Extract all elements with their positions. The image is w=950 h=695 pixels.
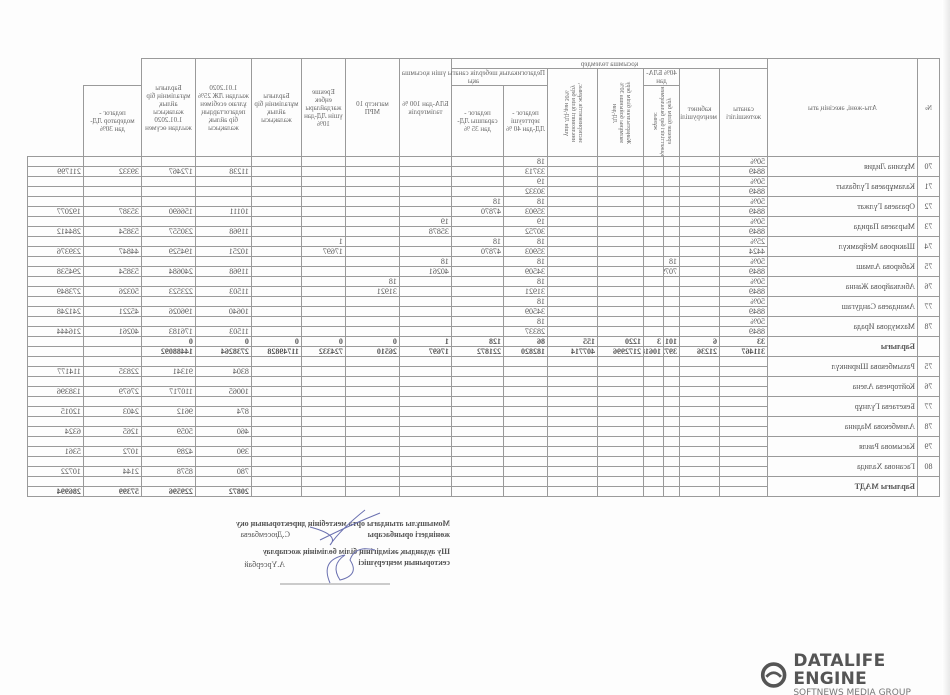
table-cell bbox=[301, 307, 345, 317]
table-cell: 17697 bbox=[399, 347, 451, 357]
table-cell bbox=[504, 397, 548, 407]
table-cell: 5361 bbox=[27, 447, 83, 457]
table-cell: 172467 bbox=[141, 167, 195, 177]
table-cell: 2144 bbox=[83, 467, 141, 477]
table-cell bbox=[195, 357, 251, 367]
table-cell: 241248 bbox=[27, 307, 83, 317]
table-cell: 4289 bbox=[141, 447, 195, 457]
table-cell bbox=[399, 367, 451, 377]
table-cell bbox=[195, 297, 251, 307]
table-cell bbox=[195, 477, 251, 487]
table-cell bbox=[451, 277, 503, 287]
salary-table: № Аты-жөні, әкесінің аты қосымша төлемде… bbox=[27, 58, 940, 497]
table-cell bbox=[301, 287, 345, 297]
table-body: 70Мұхина Лидия50%18884933713112381724673… bbox=[27, 157, 939, 497]
table-row: 79Касымова Раиля bbox=[27, 437, 939, 447]
table-cell bbox=[83, 357, 141, 367]
table-cell bbox=[451, 217, 503, 227]
table-cell: 182820 bbox=[504, 347, 548, 357]
table-cell bbox=[548, 307, 598, 317]
table-cell: 1220 bbox=[598, 337, 644, 347]
row-index: 76 bbox=[918, 377, 940, 397]
teacher-name: Койторчева Алена bbox=[768, 377, 918, 397]
table-cell bbox=[251, 397, 301, 407]
table-cell: 33 bbox=[720, 337, 768, 347]
table-cell bbox=[451, 317, 503, 327]
table-cell bbox=[451, 257, 503, 267]
table-cell bbox=[664, 327, 680, 337]
table-cell bbox=[27, 337, 83, 347]
scan-edge bbox=[942, 0, 950, 695]
table-cell bbox=[680, 217, 720, 227]
table-cell: 9612 bbox=[141, 407, 195, 417]
table-cell bbox=[451, 417, 503, 427]
table-cell bbox=[680, 317, 720, 327]
table-cell bbox=[251, 467, 301, 477]
table-cell: 11749828 bbox=[251, 347, 301, 357]
header-name: Аты-жөні, әкесінің аты bbox=[768, 59, 918, 157]
table-cell: 294538 bbox=[27, 267, 83, 277]
table-cell: 50% bbox=[720, 317, 768, 327]
row-index bbox=[918, 477, 940, 497]
table-cell bbox=[195, 317, 251, 327]
table-cell: 27679 bbox=[83, 387, 141, 397]
table-cell bbox=[664, 357, 680, 367]
table-cell bbox=[504, 467, 548, 477]
table-cell bbox=[548, 437, 598, 447]
table-cell bbox=[644, 227, 664, 237]
table-cell bbox=[644, 217, 664, 227]
table-cell bbox=[195, 177, 251, 187]
table-cell bbox=[680, 367, 720, 377]
table-cell bbox=[451, 287, 503, 297]
table-cell: 11238 bbox=[195, 167, 251, 177]
table-cell: 25% bbox=[720, 237, 768, 247]
table-cell: 20872 bbox=[195, 487, 251, 497]
table-cell bbox=[720, 467, 768, 477]
table-cell: 192077 bbox=[27, 207, 83, 217]
table-cell bbox=[680, 197, 720, 207]
table-cell bbox=[598, 257, 644, 267]
table-cell: 28337 bbox=[504, 327, 548, 337]
table-cell bbox=[345, 417, 399, 427]
table-cell bbox=[598, 207, 644, 217]
table-cell bbox=[195, 277, 251, 287]
table-cell bbox=[399, 487, 451, 497]
table-cell: 50% bbox=[720, 197, 768, 207]
table-cell bbox=[195, 257, 251, 267]
table-cell bbox=[548, 217, 598, 227]
datalife-watermark: DATALIFE ENGINE SOFTNEWS MEDIA GROUP bbox=[760, 652, 950, 695]
teacher-name: Абилкайрова Жанна bbox=[768, 277, 918, 297]
table-cell: 12015 bbox=[27, 407, 83, 417]
table-cell bbox=[598, 287, 644, 297]
table-cell bbox=[83, 347, 141, 357]
table-cell: 223523 bbox=[141, 287, 195, 297]
table-cell bbox=[345, 167, 399, 177]
header-bla40: 40% БЛА-дан bbox=[644, 69, 680, 86]
table-cell: 11503 bbox=[195, 327, 251, 337]
table-cell bbox=[141, 317, 195, 327]
table-cell: 114177 bbox=[27, 367, 83, 377]
teacher-name: Алимбекова Мадина bbox=[768, 417, 918, 437]
row-index: 75 bbox=[918, 357, 940, 377]
watermark-brand: DATALIFE ENGINE bbox=[793, 652, 950, 688]
table-cell: 18 bbox=[504, 277, 548, 287]
header-master: магистр 10 МРП bbox=[345, 59, 399, 157]
table-cell bbox=[680, 307, 720, 317]
teacher-name: Мырзаева Парида bbox=[768, 217, 918, 237]
table-cell bbox=[720, 407, 768, 417]
table-cell bbox=[598, 157, 644, 167]
table-cell bbox=[301, 267, 345, 277]
table-cell bbox=[301, 197, 345, 207]
table-cell bbox=[451, 177, 503, 187]
table-cell: 50326 bbox=[83, 287, 141, 297]
table-cell bbox=[301, 367, 345, 377]
row-index bbox=[918, 337, 940, 357]
table-cell: 1 bbox=[399, 337, 451, 347]
table-cell bbox=[141, 177, 195, 187]
table-cell bbox=[680, 287, 720, 297]
table-cell bbox=[644, 397, 664, 407]
table-cell: 8578 bbox=[141, 467, 195, 477]
table-cell: 6324 bbox=[27, 427, 83, 437]
table-cell bbox=[301, 257, 345, 267]
table-cell bbox=[345, 317, 399, 327]
table-cell bbox=[451, 327, 503, 337]
table-cell bbox=[451, 167, 503, 177]
teacher-name: Кабирова Алмаш bbox=[768, 257, 918, 277]
table-cell bbox=[680, 157, 720, 167]
table-cell bbox=[598, 267, 644, 277]
table-cell bbox=[27, 187, 83, 197]
table-cell bbox=[548, 197, 598, 207]
table-cell bbox=[251, 217, 301, 227]
table-cell: 91341 bbox=[141, 367, 195, 377]
table-cell bbox=[504, 367, 548, 377]
table-cell bbox=[27, 477, 83, 487]
table-cell bbox=[451, 487, 503, 497]
table-cell bbox=[680, 267, 720, 277]
table-cell bbox=[644, 287, 664, 297]
table-cell bbox=[251, 197, 301, 207]
table-cell bbox=[251, 407, 301, 417]
table-cell bbox=[664, 447, 680, 457]
table-cell: 47870 bbox=[451, 207, 503, 217]
teacher-name: Оразаева Гүлжат bbox=[768, 197, 918, 217]
table-cell bbox=[451, 397, 503, 407]
subtotal-label: Барлығы bbox=[768, 337, 918, 357]
table-cell bbox=[399, 477, 451, 487]
table-cell bbox=[664, 367, 680, 377]
table-cell: 50% bbox=[720, 217, 768, 227]
table-cell bbox=[548, 427, 598, 437]
table-cell bbox=[251, 207, 301, 217]
row-index: 78 bbox=[918, 317, 940, 337]
table-cell: 34509 bbox=[504, 267, 548, 277]
table-cell: 11503 bbox=[195, 287, 251, 297]
table-cell: 35387 bbox=[83, 207, 141, 217]
table-cell: 18 bbox=[399, 257, 451, 267]
table-cell: 101 bbox=[664, 337, 680, 347]
header-index: № bbox=[918, 59, 940, 157]
table-cell bbox=[301, 427, 345, 437]
table-cell bbox=[680, 427, 720, 437]
table-cell bbox=[504, 447, 548, 457]
table-cell bbox=[251, 327, 301, 337]
table-cell bbox=[680, 227, 720, 237]
table-cell: 35903 bbox=[504, 247, 548, 257]
table-cell bbox=[251, 167, 301, 177]
table-cell bbox=[345, 297, 399, 307]
table-cell bbox=[83, 317, 141, 327]
table-cell: 230557 bbox=[141, 227, 195, 237]
table-cell bbox=[598, 247, 644, 257]
table-cell bbox=[27, 237, 83, 247]
table-cell: 50% bbox=[720, 297, 768, 307]
table-cell: 40261 bbox=[83, 327, 141, 337]
table-cell bbox=[83, 297, 141, 307]
table-cell bbox=[680, 297, 720, 307]
table-cell: 31921 bbox=[504, 287, 548, 297]
table-cell: 10722 bbox=[27, 467, 83, 477]
table-cell: 39332 bbox=[83, 167, 141, 177]
table-cell bbox=[301, 167, 345, 177]
table-cell bbox=[195, 397, 251, 407]
table-cell: 11968 bbox=[195, 227, 251, 237]
table-cell bbox=[644, 247, 664, 257]
table-cell bbox=[451, 387, 503, 397]
teacher-name: Махмудова Ирада bbox=[768, 317, 918, 337]
table-cell: 10065 bbox=[195, 387, 251, 397]
table-cell bbox=[27, 277, 83, 287]
table-cell bbox=[27, 437, 83, 447]
table-cell bbox=[141, 277, 195, 287]
table-cell: 18 bbox=[504, 257, 548, 267]
teacher-name: Шакирова Мейрамкүл bbox=[768, 237, 918, 257]
table-cell bbox=[27, 317, 83, 327]
table-cell: 53854 bbox=[83, 267, 141, 277]
table-row: 72Оразаева Гүлжат50%1818 bbox=[27, 197, 939, 207]
table-cell: 8849 bbox=[720, 267, 768, 277]
table-cell bbox=[680, 387, 720, 397]
table-cell: 26510 bbox=[345, 347, 399, 357]
table-cell bbox=[451, 187, 503, 197]
table-cell bbox=[251, 307, 301, 317]
table-cell: 3 bbox=[644, 337, 664, 347]
table-cell: 10251 bbox=[195, 247, 251, 257]
table-cell bbox=[451, 367, 503, 377]
table-cell bbox=[345, 367, 399, 377]
table-cell: 44847 bbox=[83, 247, 141, 257]
signer-2: А.Үрсербай bbox=[244, 560, 285, 569]
table-cell bbox=[664, 397, 680, 407]
table-cell: 17697 bbox=[301, 247, 345, 257]
table-cell bbox=[644, 267, 664, 277]
table-cell: 8849 bbox=[720, 227, 768, 237]
table-cell: 780 bbox=[195, 467, 251, 477]
table-cell bbox=[680, 207, 720, 217]
table-cell bbox=[598, 197, 644, 207]
table-cell: 18 bbox=[504, 197, 548, 207]
table-cell bbox=[451, 307, 503, 317]
table-cell bbox=[399, 427, 451, 437]
table-cell bbox=[345, 427, 399, 437]
table-cell bbox=[680, 327, 720, 337]
table-cell: 19 bbox=[504, 177, 548, 187]
table-cell bbox=[345, 187, 399, 197]
table-cell bbox=[644, 327, 664, 337]
table-cell bbox=[345, 437, 399, 447]
table-cell bbox=[548, 157, 598, 167]
teacher-name: Барлығы МАДТ bbox=[768, 477, 918, 497]
table-cell bbox=[664, 277, 680, 287]
table-cell bbox=[399, 167, 451, 177]
table-cell bbox=[83, 237, 141, 247]
table-cell: 2738264 bbox=[195, 347, 251, 357]
table-cell bbox=[27, 197, 83, 207]
table-row: 75Кабирова Алмаш50%181818 bbox=[27, 257, 939, 267]
table-cell: 14488092 bbox=[141, 347, 195, 357]
table-cell bbox=[27, 217, 83, 227]
table-cell bbox=[504, 477, 548, 487]
table-cell: 47870 bbox=[451, 247, 503, 257]
table-cell: 0 bbox=[141, 337, 195, 347]
row-index: 71 bbox=[918, 177, 940, 197]
table-cell bbox=[644, 307, 664, 317]
table-cell bbox=[504, 437, 548, 447]
table-cell bbox=[141, 397, 195, 407]
table-cell bbox=[141, 417, 195, 427]
table-cell bbox=[399, 387, 451, 397]
table-cell bbox=[301, 327, 345, 337]
table-cell bbox=[598, 467, 644, 477]
teacher-name: Касымова Раиля bbox=[768, 437, 918, 457]
header-inc25: 1.01.2020 жылдан ЛЖ 25% ұлғаю есебімен п… bbox=[195, 59, 251, 157]
table-cell: 156690 bbox=[141, 207, 195, 217]
table-cell bbox=[598, 487, 644, 497]
table-cell bbox=[720, 437, 768, 447]
table-cell bbox=[251, 367, 301, 377]
table-cell bbox=[451, 427, 503, 437]
table-cell bbox=[720, 447, 768, 457]
table-cell bbox=[251, 457, 301, 467]
table-cell bbox=[251, 437, 301, 447]
table-cell bbox=[720, 477, 768, 487]
table-cell bbox=[345, 257, 399, 267]
table-cell bbox=[504, 417, 548, 427]
table-cell bbox=[345, 327, 399, 337]
table-row: 71Каламұраева Гүлбахыт50%19 bbox=[27, 177, 939, 187]
table-cell: 0 bbox=[251, 337, 301, 347]
table-cell bbox=[598, 427, 644, 437]
table-cell bbox=[301, 207, 345, 217]
table-cell bbox=[598, 187, 644, 197]
table-cell: 8849 bbox=[720, 307, 768, 317]
teacher-name: Амандаева Сандугаш bbox=[768, 297, 918, 317]
row-index: 72 bbox=[918, 197, 940, 217]
table-cell bbox=[399, 457, 451, 467]
table-cell bbox=[598, 457, 644, 467]
table-cell bbox=[251, 177, 301, 187]
table-cell bbox=[399, 377, 451, 387]
table-cell bbox=[504, 387, 548, 397]
table-cell bbox=[680, 477, 720, 487]
table-cell bbox=[345, 477, 399, 487]
table-cell bbox=[83, 457, 141, 467]
table-cell bbox=[27, 347, 83, 357]
table-cell bbox=[598, 367, 644, 377]
table-cell: 35878 bbox=[399, 227, 451, 237]
table-cell bbox=[301, 487, 345, 497]
table-cell bbox=[598, 327, 644, 337]
table-cell: 18 bbox=[504, 157, 548, 167]
table-cell bbox=[83, 437, 141, 447]
madt-total-row: Барлығы МАДТ bbox=[27, 477, 939, 487]
header-bla40-sub: ерекше білім беру қажеттілігі бар балала… bbox=[644, 86, 680, 157]
table-cell: 19 bbox=[399, 217, 451, 227]
table-cell: 40261 bbox=[399, 267, 451, 277]
table-cell bbox=[301, 417, 345, 427]
table-cell: 0 bbox=[345, 337, 399, 347]
table-cell bbox=[598, 237, 644, 247]
table-cell bbox=[195, 457, 251, 467]
table-cell bbox=[644, 177, 664, 187]
table-cell bbox=[83, 217, 141, 227]
table-cell: 8849 bbox=[720, 207, 768, 217]
table-cell bbox=[27, 377, 83, 387]
table-cell bbox=[301, 467, 345, 477]
table-cell bbox=[141, 237, 195, 247]
table-cell: 874 bbox=[195, 407, 251, 417]
table-cell bbox=[399, 317, 451, 327]
table-cell bbox=[301, 157, 345, 167]
table-cell bbox=[664, 477, 680, 487]
table-cell: 138396 bbox=[27, 387, 83, 397]
table-cell bbox=[548, 237, 598, 247]
table-row: 80Гасанова Халида bbox=[27, 457, 939, 467]
header-ped-moderator: педагог - модератор ЛД-дан 30% bbox=[83, 86, 141, 157]
table-cell: 128 bbox=[451, 337, 503, 347]
table-cell bbox=[251, 387, 301, 397]
table-cell bbox=[27, 157, 83, 167]
table-cell: 30752 bbox=[504, 227, 548, 237]
table-cell bbox=[345, 157, 399, 167]
table-cell bbox=[720, 457, 768, 467]
table-cell bbox=[399, 397, 451, 407]
table-cell bbox=[598, 307, 644, 317]
table-cell bbox=[664, 437, 680, 447]
table-cell bbox=[195, 217, 251, 227]
table-cell bbox=[195, 197, 251, 207]
table-cell bbox=[83, 187, 141, 197]
table-cell bbox=[720, 357, 768, 367]
table-cell bbox=[251, 267, 301, 277]
header-monthly: Барлығы мұғалімнің бір айлық жалақысы bbox=[251, 59, 301, 157]
table-cell bbox=[345, 177, 399, 187]
table-cell bbox=[664, 187, 680, 197]
table-cell bbox=[301, 177, 345, 187]
table-cell bbox=[644, 447, 664, 457]
table-cell bbox=[644, 377, 664, 387]
table-cell bbox=[680, 167, 720, 177]
table-cell: 221872 bbox=[451, 347, 503, 357]
table-cell: 460 bbox=[195, 427, 251, 437]
scanned-page: № Аты-жөні, әкесінің аты қосымша төлемде… bbox=[0, 0, 950, 695]
table-cell bbox=[83, 377, 141, 387]
table-cell: 18 bbox=[664, 257, 680, 267]
